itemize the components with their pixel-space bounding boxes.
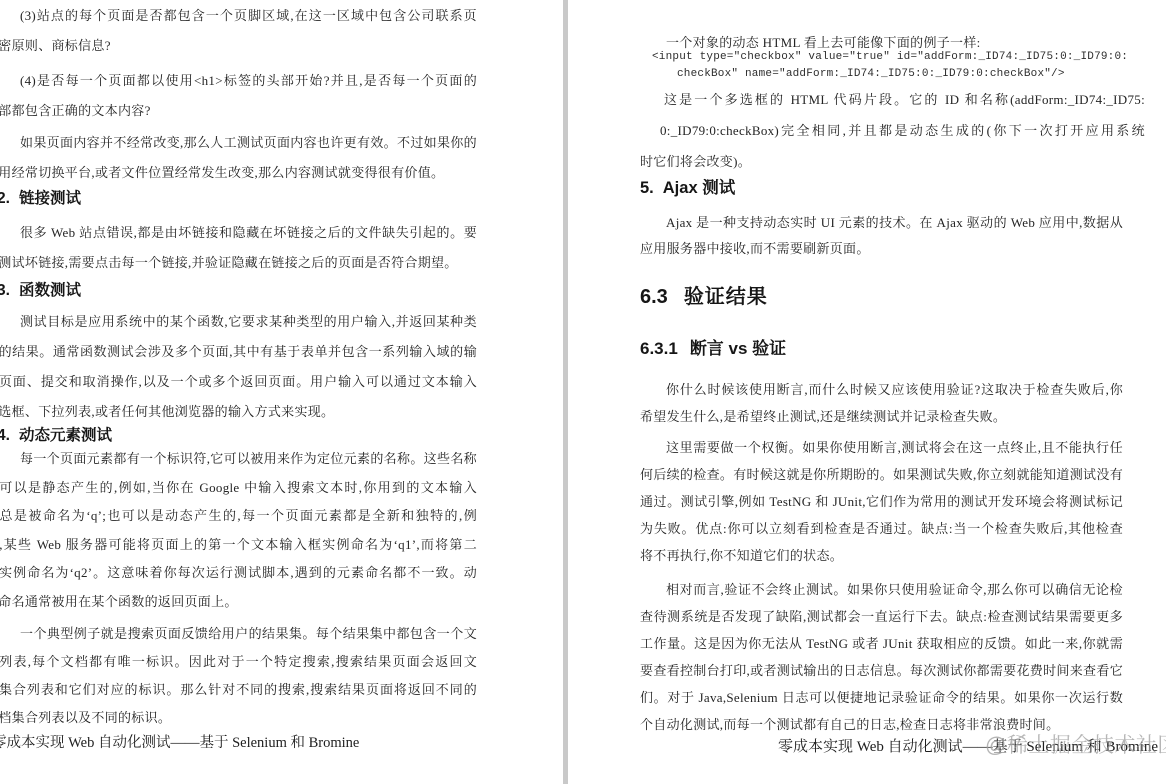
text-line: 个实例命名为‘q2’。这意味着你每次运行测试脚本,遇到的元素命名都不一致。动 [0,559,477,588]
heading-number: 4. [0,427,10,444]
text-line: 型的结果。通常函数测试会涉及多个页面,其中有基于表单并包含一系列输入域的输 [0,337,477,367]
text-line: 0:_ID79:0:checkBox)完全相同,并且都是动态生成的(你下一次打开… [640,115,1145,146]
text-line: 你什么时候该使用断言,而什么时候又应该使用验证?这取决于检查失败后,你 [640,376,1123,403]
text-line: 希望发生什么,是希望终止测试,还是继续测试并记录检查失败。 [640,403,1123,430]
paragraph: 相对而言,验证不会终止测试。如果你只使用验证命令,那么你可以确信无论检 查待测系… [640,576,1123,738]
text-line: 将不再执行,你不知道它们的状态。 [640,542,1123,569]
paragraph: 测试目标是应用系统中的某个函数,它要求某种类型的用户输入,并返回某种类 型的结果… [0,307,477,427]
paragraph: 每一个页面元素都有一个标识符,它可以被用来作为定位元素的名称。这些名称 既可以是… [0,445,477,616]
paragraph: 你什么时候该使用断言,而什么时候又应该使用验证?这取决于检查失败后,你 希望发生… [640,376,1123,430]
lp-heading-function-testing: 3.函数测试 [0,279,489,303]
paragraph: 很多 Web 站点错误,都是由坏链接和隐藏在坏链接之后的文件缺失引起的。要 想测… [0,218,477,278]
text-line: 这里需要做一个权衡。如果你使用断言,测试将会在这一点终止,且不能执行任 [640,434,1123,461]
text-line: 应用服务器中接收,而不需要刷新页面。 [640,236,1123,262]
text-line: 态命名通常被用在某个函数的返回页面上。 [0,588,477,617]
text-line: 档列表,每个文档都有唯一标识。因此对于一个特定搜索,搜索结果页面会返回文 [0,648,477,676]
text-line: 入页面、提交和取消操作,以及一个或多个返回页面。用户输入可以通过文本输入域、 [0,367,477,397]
paragraph: (4)是否每一个页面都以使用<h1>标签的头部开始?并且,是否每一个页面的 头部… [0,66,477,126]
right-page: 一个对象的动态 HTML 看上去可能像下面的例子一样: <input type=… [640,0,1123,784]
text-line: 文档集合列表以及不同的标识。 [0,704,477,732]
text-line: 如,某些 Web 服务器可能将页面上的第一个文本输入框实例命名为‘q1’,而将第… [0,531,477,560]
text-line: 保密原则、商标信息? [0,31,477,61]
heading-number: 3. [0,282,10,299]
heading-label: 验证结果 [684,286,768,308]
text-line: 一个典型例子就是搜索页面反馈给用户的结果集。每个结果集中都包含一个文 [0,620,477,648]
text-line: 要查看控制台打印,或者测试输出的日志信息。每次测试你都需要花费时间来查看它 [640,657,1123,684]
text-line: (3)站点的每个页面是否都包含一个页脚区域,在这一区域中包含公司联系页面、 [0,1,477,31]
heading-number: 6.3.1 [640,339,678,358]
text-line: 测试目标是应用系统中的某个函数,它要求某种类型的用户输入,并返回某种类 [0,307,477,337]
paragraph: 一个典型例子就是搜索页面反馈给用户的结果集。每个结果集中都包含一个文 档列表,每… [0,620,477,732]
text-line: 通过。测试引擎,例如 TestNG 和 JUnit,它们作为常用的测试开发环境会… [640,488,1123,515]
text-line: 们。对于 Java,Selenium 日志可以便捷地记录验证命令的结果。如果你一… [640,684,1123,711]
text-line: 想测试坏链接,需要点击每一个链接,并验证隐藏在链接之后的页面是否符合期望。 [0,248,477,278]
text-line: 何后续的检查。有时候这就是你所期盼的。如果测试失败,你立刻就能知道测试没有 [640,461,1123,488]
left-page-footer: 零成本实现 Web 自动化测试——基于 Selenium 和 Bromine [0,733,484,753]
text-line: 为失败。优点:你可以立刻看到检查是否通过。缺点:当一个检查失败后,其他检查 [640,515,1123,542]
paragraph: 这是一个多选框的 HTML 代码片段。它的 ID 和名称(addForm:_ID… [640,84,1123,177]
heading-label: 断言 vs 验证 [690,339,786,358]
paragraph: 如果页面内容并不经常改变,那么人工测试页面内容也许更有效。不过如果你的 应用经常… [0,128,477,188]
heading-label: 链接测试 [19,190,81,207]
page-divider [563,0,568,784]
text-line: 很多 Web 站点错误,都是由坏链接和隐藏在坏链接之后的文件缺失引起的。要 [0,218,477,248]
code-line: <input type="checkbox" value="true" id="… [640,49,1162,66]
heading-number: 2. [0,190,10,207]
juejin-watermark: @稀土掘金技术社区 [985,733,1166,759]
text-line: 查待测系统是否发现了缺陷,测试都会一直运行下去。缺点:检查测试结果需要更多 [640,603,1123,630]
code-line: checkBox" name="addForm:_ID74:_ID75:0:_I… [640,66,1166,83]
rp-heading-assert-vs-verify: 6.3.1断言 vs 验证 [640,336,1123,362]
heading-label: 函数测试 [19,282,81,299]
text-line: 相对而言,验证不会终止测试。如果你只使用验证命令,那么你可以确信无论检 [640,576,1123,603]
text-line: 档集合列表和它们对应的标识。那么针对不同的搜索,搜索结果页面将返回不同的 [0,676,477,704]
paragraph: 这里需要做一个权衡。如果你使用断言,测试将会在这一点终止,且不能执行任 何后续的… [640,434,1123,569]
code-block: <input type="checkbox" value="true" id="… [640,49,1123,82]
text-line: 框总是被命名为‘q’;也可以是动态产生的,每一个页面元素都是全新和独特的,例 [0,502,477,531]
text-line: 时它们将会改变)。 [640,146,1123,177]
text-line: 每一个页面元素都有一个标识符,它可以被用来作为定位元素的名称。这些名称 [0,445,477,474]
text-line: 如果页面内容并不经常改变,那么人工测试页面内容也许更有效。不过如果你的 [0,128,477,158]
heading-number: 5. [640,179,654,197]
text-line: 这是一个多选框的 HTML 代码片段。它的 ID 和名称(addForm:_ID… [640,84,1145,115]
heading-label: Ajax 测试 [663,179,735,197]
heading-number: 6.3 [640,286,668,308]
paragraph: Ajax 是一种支持动态实时 UI 元素的技术。在 Ajax 驱动的 Web 应… [640,210,1123,262]
left-page: (3)站点的每个页面是否都包含一个页脚区域,在这一区域中包含公司联系页面、 保密… [0,0,477,784]
lp-heading-link-testing: 2.链接测试 [0,187,489,211]
text-line: 工作量。这是因为你无法从 TestNG 或者 JUnit 获取相应的反馈。如此一… [640,630,1123,657]
rp-heading-verify-results: 6.3验证结果 [640,283,1123,311]
document-viewport[interactable]: (3)站点的每个页面是否都包含一个页脚区域,在这一区域中包含公司联系页面、 保密… [0,0,1166,784]
text-line: 多选框、下拉列表,或者任何其他浏览器的输入方式来实现。 [0,397,477,427]
text-line: 既可以是静态产生的,例如,当你在 Google 中输入搜索文本时,你用到的文本输… [0,474,477,503]
text-line: (4)是否每一个页面都以使用<h1>标签的头部开始?并且,是否每一个页面的 [0,66,477,96]
text-line: 应用经常切换平台,或者文件位置经常发生改变,那么内容测试就变得很有价值。 [0,158,477,188]
rp-heading-ajax-testing: 5.Ajax 测试 [640,176,1123,200]
heading-label: 动态元素测试 [19,427,112,444]
text-line: Ajax 是一种支持动态实时 UI 元素的技术。在 Ajax 驱动的 Web 应… [640,210,1123,236]
paragraph: (3)站点的每个页面是否都包含一个页脚区域,在这一区域中包含公司联系页面、 保密… [0,1,477,61]
text-line: 头部都包含正确的文本内容? [0,96,477,126]
